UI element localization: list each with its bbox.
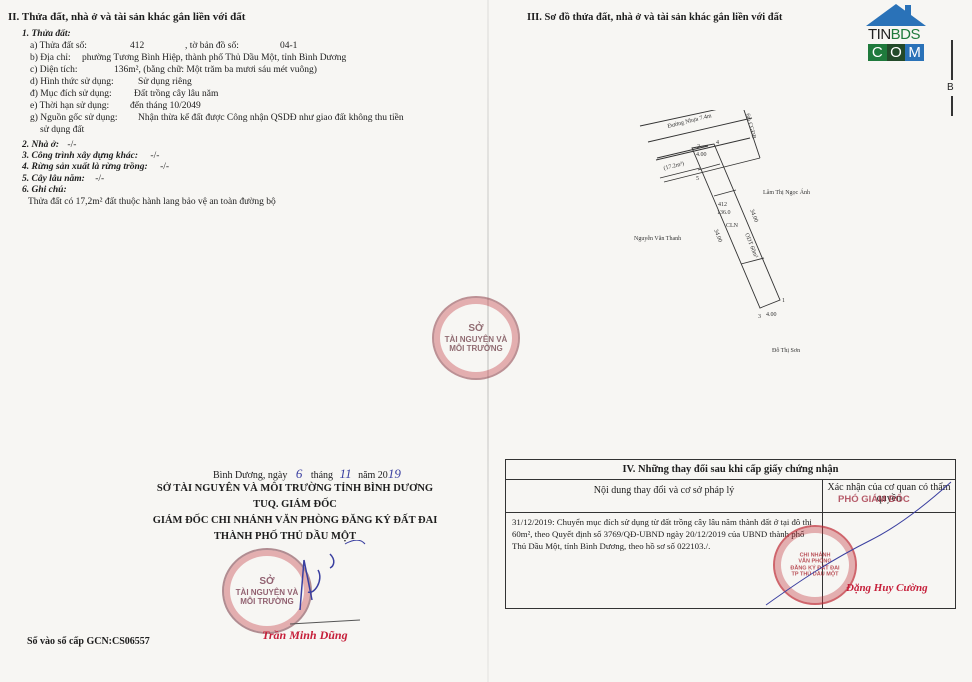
signing-date: Bình Dương, ngày 6 tháng 11 năm 2019: [213, 466, 401, 482]
svg-text:4.00: 4.00: [766, 312, 777, 318]
signature-scribble-left: [290, 540, 370, 630]
signing-org-line1: SỞ TÀI NGUYÊN VÀ MÔI TRƯỜNG TỈNH BÌNH DƯ…: [140, 483, 450, 494]
road-width-label: 6m CGĐB: [744, 113, 756, 140]
svg-text:4: 4: [716, 140, 719, 146]
margin-rule: [951, 40, 953, 80]
margin-rule-2: [951, 96, 953, 116]
svg-text:2: 2: [697, 144, 700, 150]
changes-table: IV. Những thay đổi sau khi cấp giấy chứn…: [505, 459, 956, 609]
house-roof-icon: [866, 4, 926, 26]
svg-text:4.00: 4.00: [696, 152, 707, 158]
svg-text:3: 3: [758, 314, 761, 320]
field-usage-term: e) Thời hạn sử dụng:đến tháng 10/2049: [30, 101, 201, 111]
svg-text:ODT 60m²: ODT 60m²: [743, 233, 758, 260]
field-usage-purpose: đ) Mục đích sử dụng:Đất trồng cây lâu nă…: [30, 89, 218, 99]
parcel-diagram: Đường Nhựa 7.4m 6m CGĐB (17.2m²) 4.00 41…: [600, 110, 860, 370]
land-use-code: CLN: [726, 223, 739, 229]
field-parcel-number: a) Thửa đất số:412, tờ bản đồ số:04-1: [30, 41, 297, 51]
parcel-number: 412: [718, 202, 727, 208]
signing-org-line2: TUQ. GIÁM ĐỐC: [140, 499, 450, 510]
changes-table-title: IV. Những thay đổi sau khi cấp giấy chứn…: [506, 460, 955, 480]
registry-number: Số vào sổ cấp GCN:CS06557: [27, 636, 150, 647]
margin-letter: B: [947, 82, 954, 93]
item-perennial-trees: 5. Cây lâu năm: -/-: [22, 174, 104, 184]
item-other-construction: 3. Công trình xây dựng khác: -/-: [22, 151, 159, 161]
svg-text:34.00: 34.00: [748, 209, 759, 224]
signer-name-right: Đặng Huy Cường: [846, 582, 928, 594]
neighbor-west: Nguyễn Văn Thanh: [634, 235, 681, 242]
signer-name-left: Trần Minh Dũng: [262, 628, 348, 643]
field-address: b) Địa chỉ:phường Tương Bình Hiệp, thành…: [30, 53, 346, 63]
svg-text:5: 5: [696, 176, 699, 182]
parcel-area: 136.0: [717, 210, 731, 216]
corridor-area: (17.2m²): [663, 160, 685, 172]
item-house: 2. Nhà ở: -/-: [22, 140, 76, 150]
note-text: Thửa đất có 17,2m² đất thuộc hành lang b…: [28, 197, 276, 207]
field-usage-origin: g) Nguồn gốc sử dụng:Nhận thừa kế đất đư…: [30, 113, 404, 123]
tinbds-logo: TINBDS C O M: [866, 4, 926, 62]
svg-text:34.00: 34.00: [712, 229, 723, 244]
field-usage-origin-cont: sử dụng đất: [40, 125, 84, 135]
section-ii-title: II. Thửa đất, nhà ở và tài sản khác gắn …: [8, 11, 245, 23]
subsection-land-parcel: 1. Thửa đất:: [22, 29, 71, 39]
note-label: 6. Ghi chú:: [22, 185, 67, 195]
item-planted-forest: 4. Rừng sản xuất là rừng trồng: -/-: [22, 162, 169, 172]
office-stamp-center: SỞ TÀI NGUYÊN VÀ MÔI TRƯỜNG: [432, 296, 520, 380]
neighbor-south: Đỗ Thị Sơn: [772, 347, 800, 354]
signing-org-line3: GIÁM ĐỐC CHI NHÁNH VĂN PHÒNG ĐĂNG KÝ ĐẤT…: [120, 515, 470, 526]
neighbor-east: Lâm Thị Ngọc Ánh: [763, 188, 810, 196]
svg-text:1: 1: [782, 298, 785, 304]
field-area: c) Diện tích:136m², (bằng chữ: Một trăm …: [30, 65, 317, 75]
field-usage-form: d) Hình thức sử dụng:Sử dụng riêng: [30, 77, 192, 87]
section-iii-title: III. Sơ đồ thửa đất, nhà ở và tài sản kh…: [527, 12, 782, 23]
chimney-icon: [905, 5, 911, 15]
